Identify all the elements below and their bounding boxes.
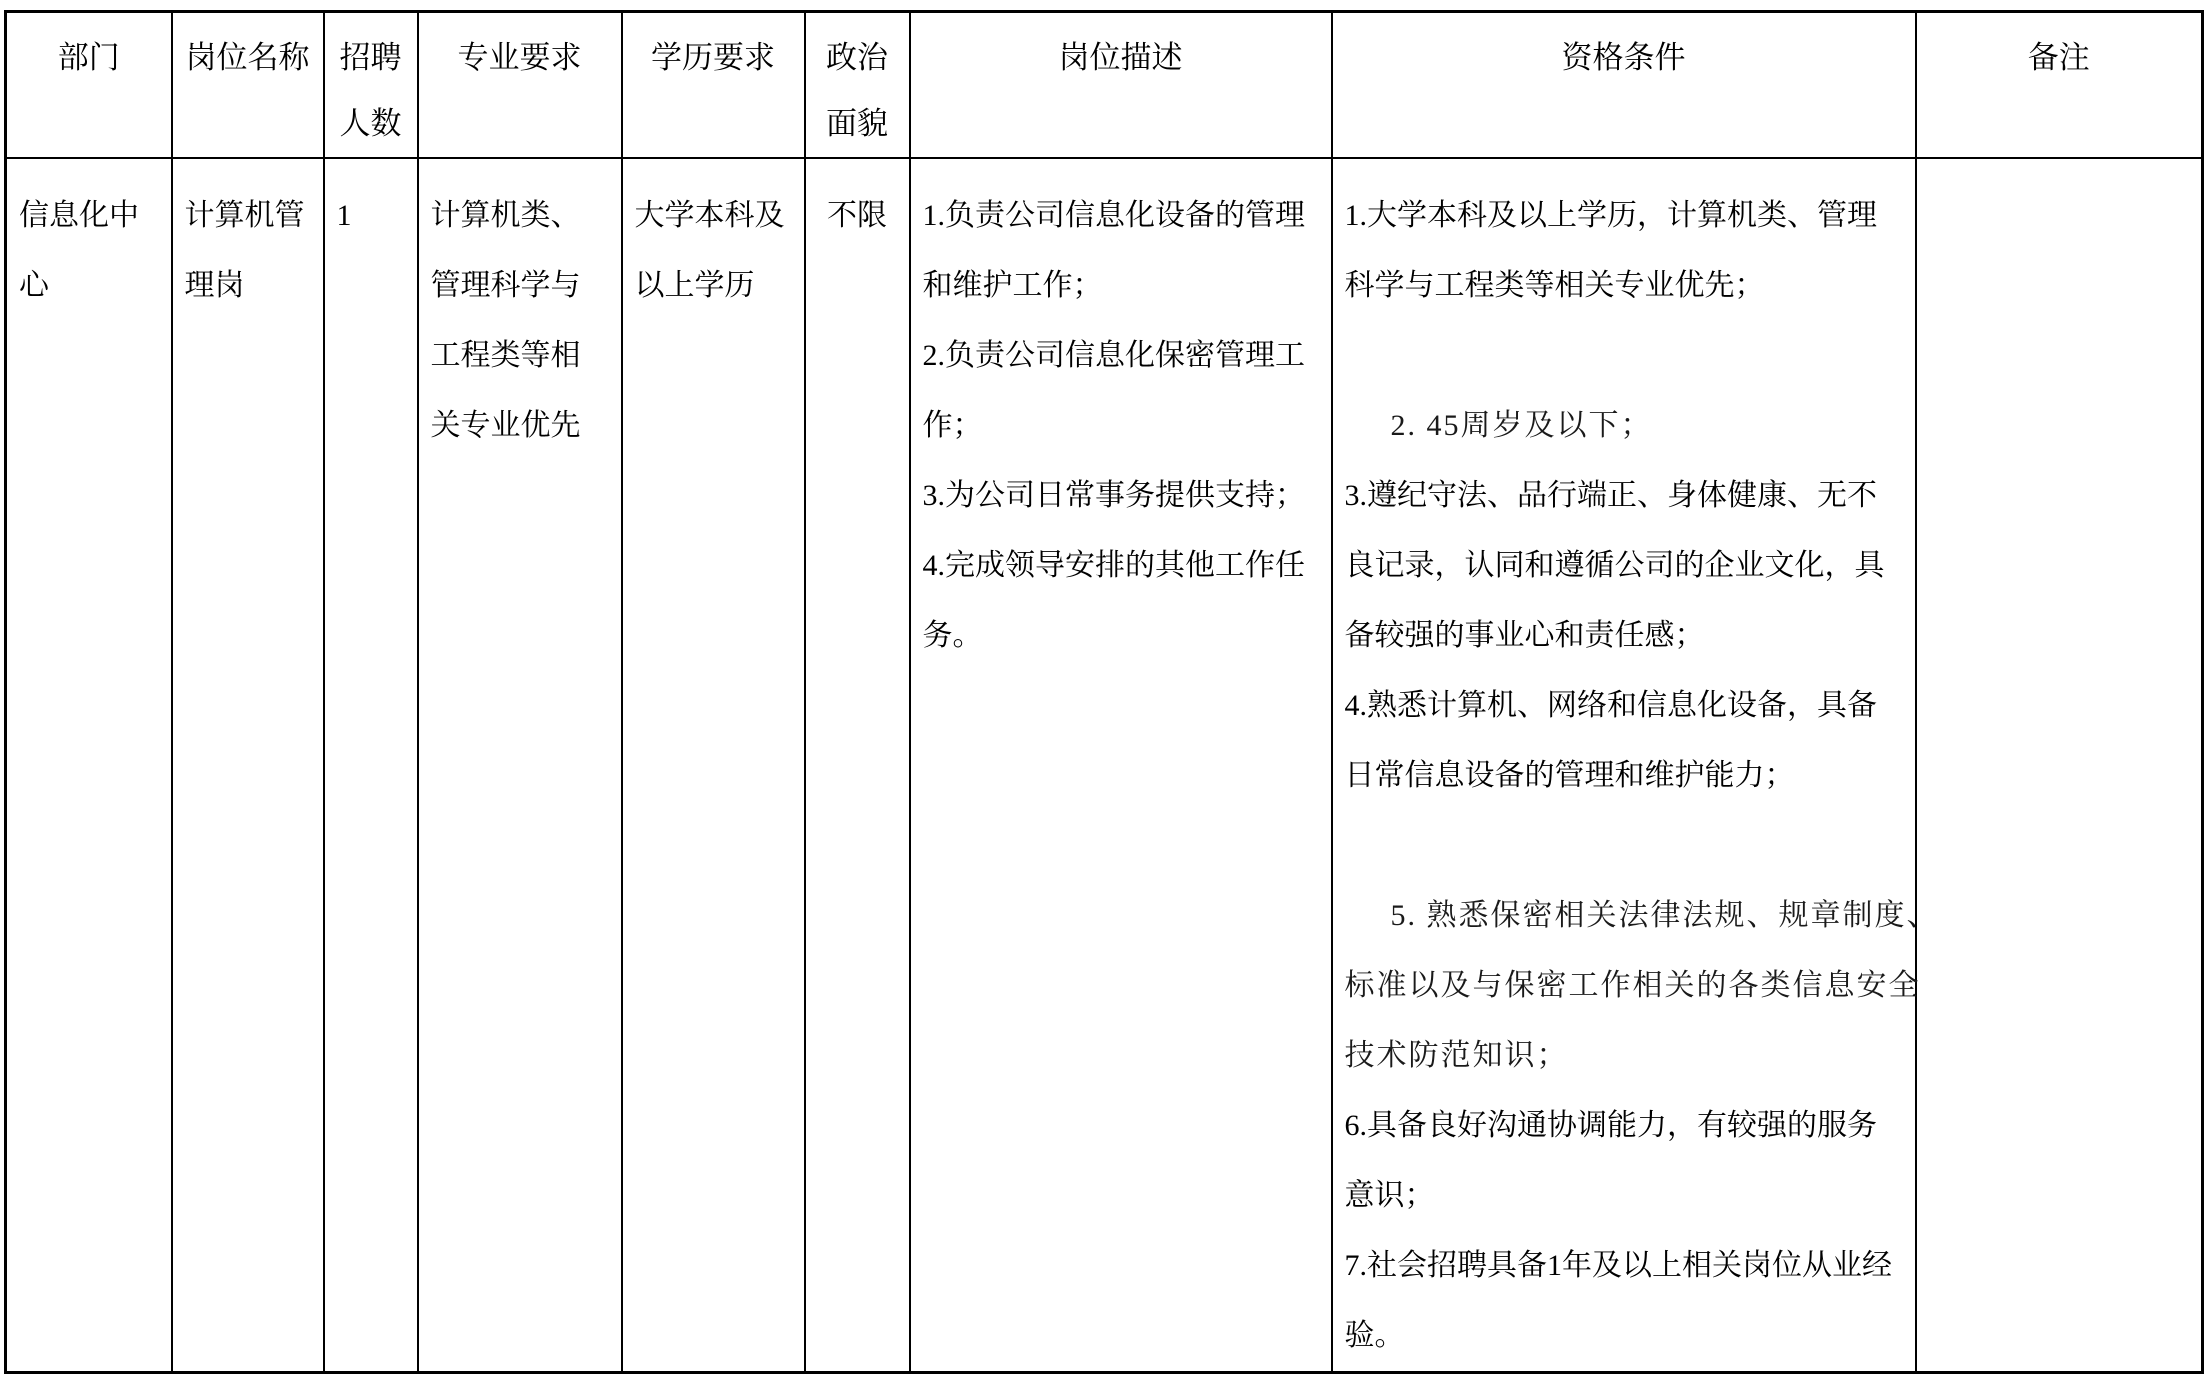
header-education-requirement-label: 学历要求: [623, 25, 804, 91]
cell-qualifications: 1.大学本科及以上学历，计算机类、管理科学与工程类等相关专业优先； 2. 45周…: [1332, 158, 1916, 1373]
header-major-requirement-label: 专业要求: [419, 25, 621, 91]
header-department-label: 部门: [7, 25, 171, 91]
major-requirement-value: 计算机类、管理科学与工程类等相关专业优先: [431, 181, 621, 461]
cell-position-name: 计算机管理岗: [172, 158, 324, 1373]
header-qualifications-label: 资格条件: [1333, 25, 1915, 91]
header-headcount: 招聘人数: [324, 12, 418, 159]
document-page: 部门 岗位名称 招聘人数 专业要求 学历要求 政治面貌 岗位描述 资格条件 备注…: [0, 0, 2205, 1366]
cell-department: 信息化中心: [6, 158, 172, 1373]
position-name-value: 计算机管理岗: [185, 181, 323, 321]
political-status-value: 不限: [806, 181, 909, 251]
recruitment-table: 部门 岗位名称 招聘人数 专业要求 学历要求 政治面貌 岗位描述 资格条件 备注…: [4, 10, 2204, 1374]
header-political-status-label: 政治面貌: [806, 25, 909, 157]
education-requirement-value: 大学本科及以上学历: [635, 181, 804, 321]
header-job-description-label: 岗位描述: [911, 25, 1331, 91]
cell-headcount: 1: [324, 158, 418, 1373]
header-education-requirement: 学历要求: [622, 12, 805, 159]
header-remarks: 备注: [1916, 12, 2203, 159]
cell-remarks: [1916, 158, 2203, 1373]
cell-major-requirement: 计算机类、管理科学与工程类等相关专业优先: [418, 158, 622, 1373]
job-description-value: 1.负责公司信息化设备的管理和维护工作；2.负责公司信息化保密管理工作；3.为公…: [923, 181, 1331, 671]
header-remarks-label: 备注: [1917, 25, 2202, 91]
cell-political-status: 不限: [805, 158, 910, 1373]
cell-education-requirement: 大学本科及以上学历: [622, 158, 805, 1373]
header-position-name-label: 岗位名称: [173, 25, 323, 91]
cell-job-description: 1.负责公司信息化设备的管理和维护工作；2.负责公司信息化保密管理工作；3.为公…: [910, 158, 1332, 1373]
department-value: 信息化中心: [19, 181, 171, 321]
header-job-description: 岗位描述: [910, 12, 1332, 159]
table-header-row: 部门 岗位名称 招聘人数 专业要求 学历要求 政治面貌 岗位描述 资格条件 备注: [6, 12, 2203, 159]
header-position-name: 岗位名称: [172, 12, 324, 159]
header-qualifications: 资格条件: [1332, 12, 1916, 159]
header-major-requirement: 专业要求: [418, 12, 622, 159]
header-department: 部门: [6, 12, 172, 159]
header-political-status: 政治面貌: [805, 12, 910, 159]
headcount-value: 1: [337, 181, 417, 251]
table-row: 信息化中心 计算机管理岗 1 计算机类、管理科学与工程类等相关专业优先 大学本科…: [6, 158, 2203, 1373]
header-headcount-label: 招聘人数: [325, 25, 417, 157]
qualifications-value: 1.大学本科及以上学历，计算机类、管理科学与工程类等相关专业优先； 2. 45周…: [1345, 181, 1915, 1371]
